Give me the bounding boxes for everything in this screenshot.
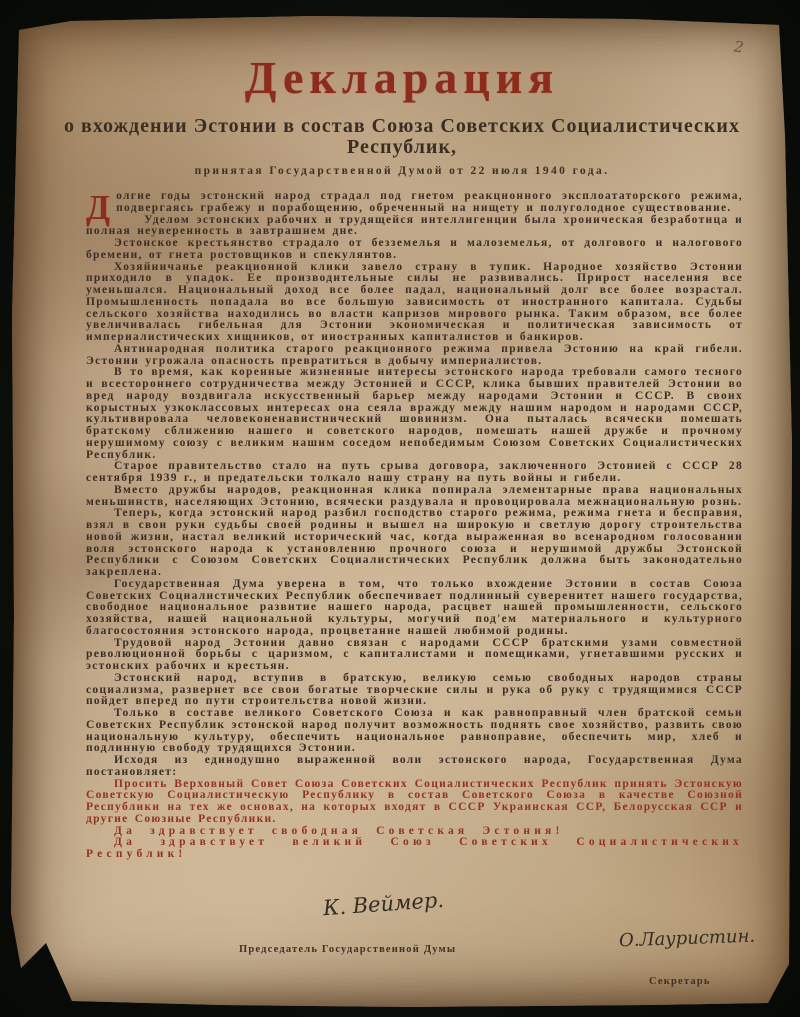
paragraph: Антинародная политика старого реакционно… xyxy=(86,344,743,368)
paragraph: Трудовой народ Эстонии давно связан с на… xyxy=(86,638,743,673)
secretary-signature: О.Лауристин. xyxy=(619,926,756,952)
dropcap-letter: Д xyxy=(86,193,110,222)
page-number-annotation: 2 xyxy=(733,37,745,56)
paragraph: Эстонское крестьянство страдало от беззе… xyxy=(86,238,743,262)
paragraph: В то время, как коренные жизненные интер… xyxy=(86,367,743,461)
paragraph: Теперь, когда эстонский народ разбил гос… xyxy=(86,508,743,579)
paragraph: Эстонский народ, вступив в братскую, вел… xyxy=(86,673,743,708)
paper: 2 Декларация о вхождении Эстонии в соста… xyxy=(11,16,793,1008)
paragraph: Только в составе великого Советского Сою… xyxy=(86,708,743,755)
chairman-label: Председатель Государственной Думы xyxy=(239,944,456,955)
adoption-line: принятая Государственной Думой от 22 июл… xyxy=(11,165,793,177)
paragraph: Просить Верховный Совет Союза Советских … xyxy=(86,779,743,826)
paragraph: Хозяйничанье реакционной клики завело ст… xyxy=(86,262,743,344)
paragraphs: Долгие годы эстонский народ страдал под … xyxy=(86,191,743,861)
paragraph: Долгие годы эстонский народ страдал под … xyxy=(86,191,743,215)
document-subtitle: о вхождении Эстонии в состав Союза Совет… xyxy=(51,116,753,158)
paragraph: Государственная Дума уверена в том, что … xyxy=(86,579,743,638)
paragraph: Уделом эстонских рабочих и трудящейся ин… xyxy=(86,215,743,239)
paragraph: Исходя из единодушно выраженной воли эст… xyxy=(86,755,743,779)
scan-background: { "colors": { "accent_red": "#8e2b1d", "… xyxy=(0,0,800,1017)
paragraph: Старое правительство стало на путь срыва… xyxy=(86,461,743,485)
paragraph: Вместо дружбы народов, реакционная клика… xyxy=(86,485,743,509)
paragraph: Да здравствует великий Союз Советских Со… xyxy=(86,837,743,861)
document-header: Декларация о вхождении Эстонии в состав … xyxy=(11,16,793,177)
document-title: Декларация xyxy=(11,55,793,101)
chairman-signature: К. Веймер. xyxy=(322,888,444,920)
secretary-label: Секретарь xyxy=(649,976,711,987)
